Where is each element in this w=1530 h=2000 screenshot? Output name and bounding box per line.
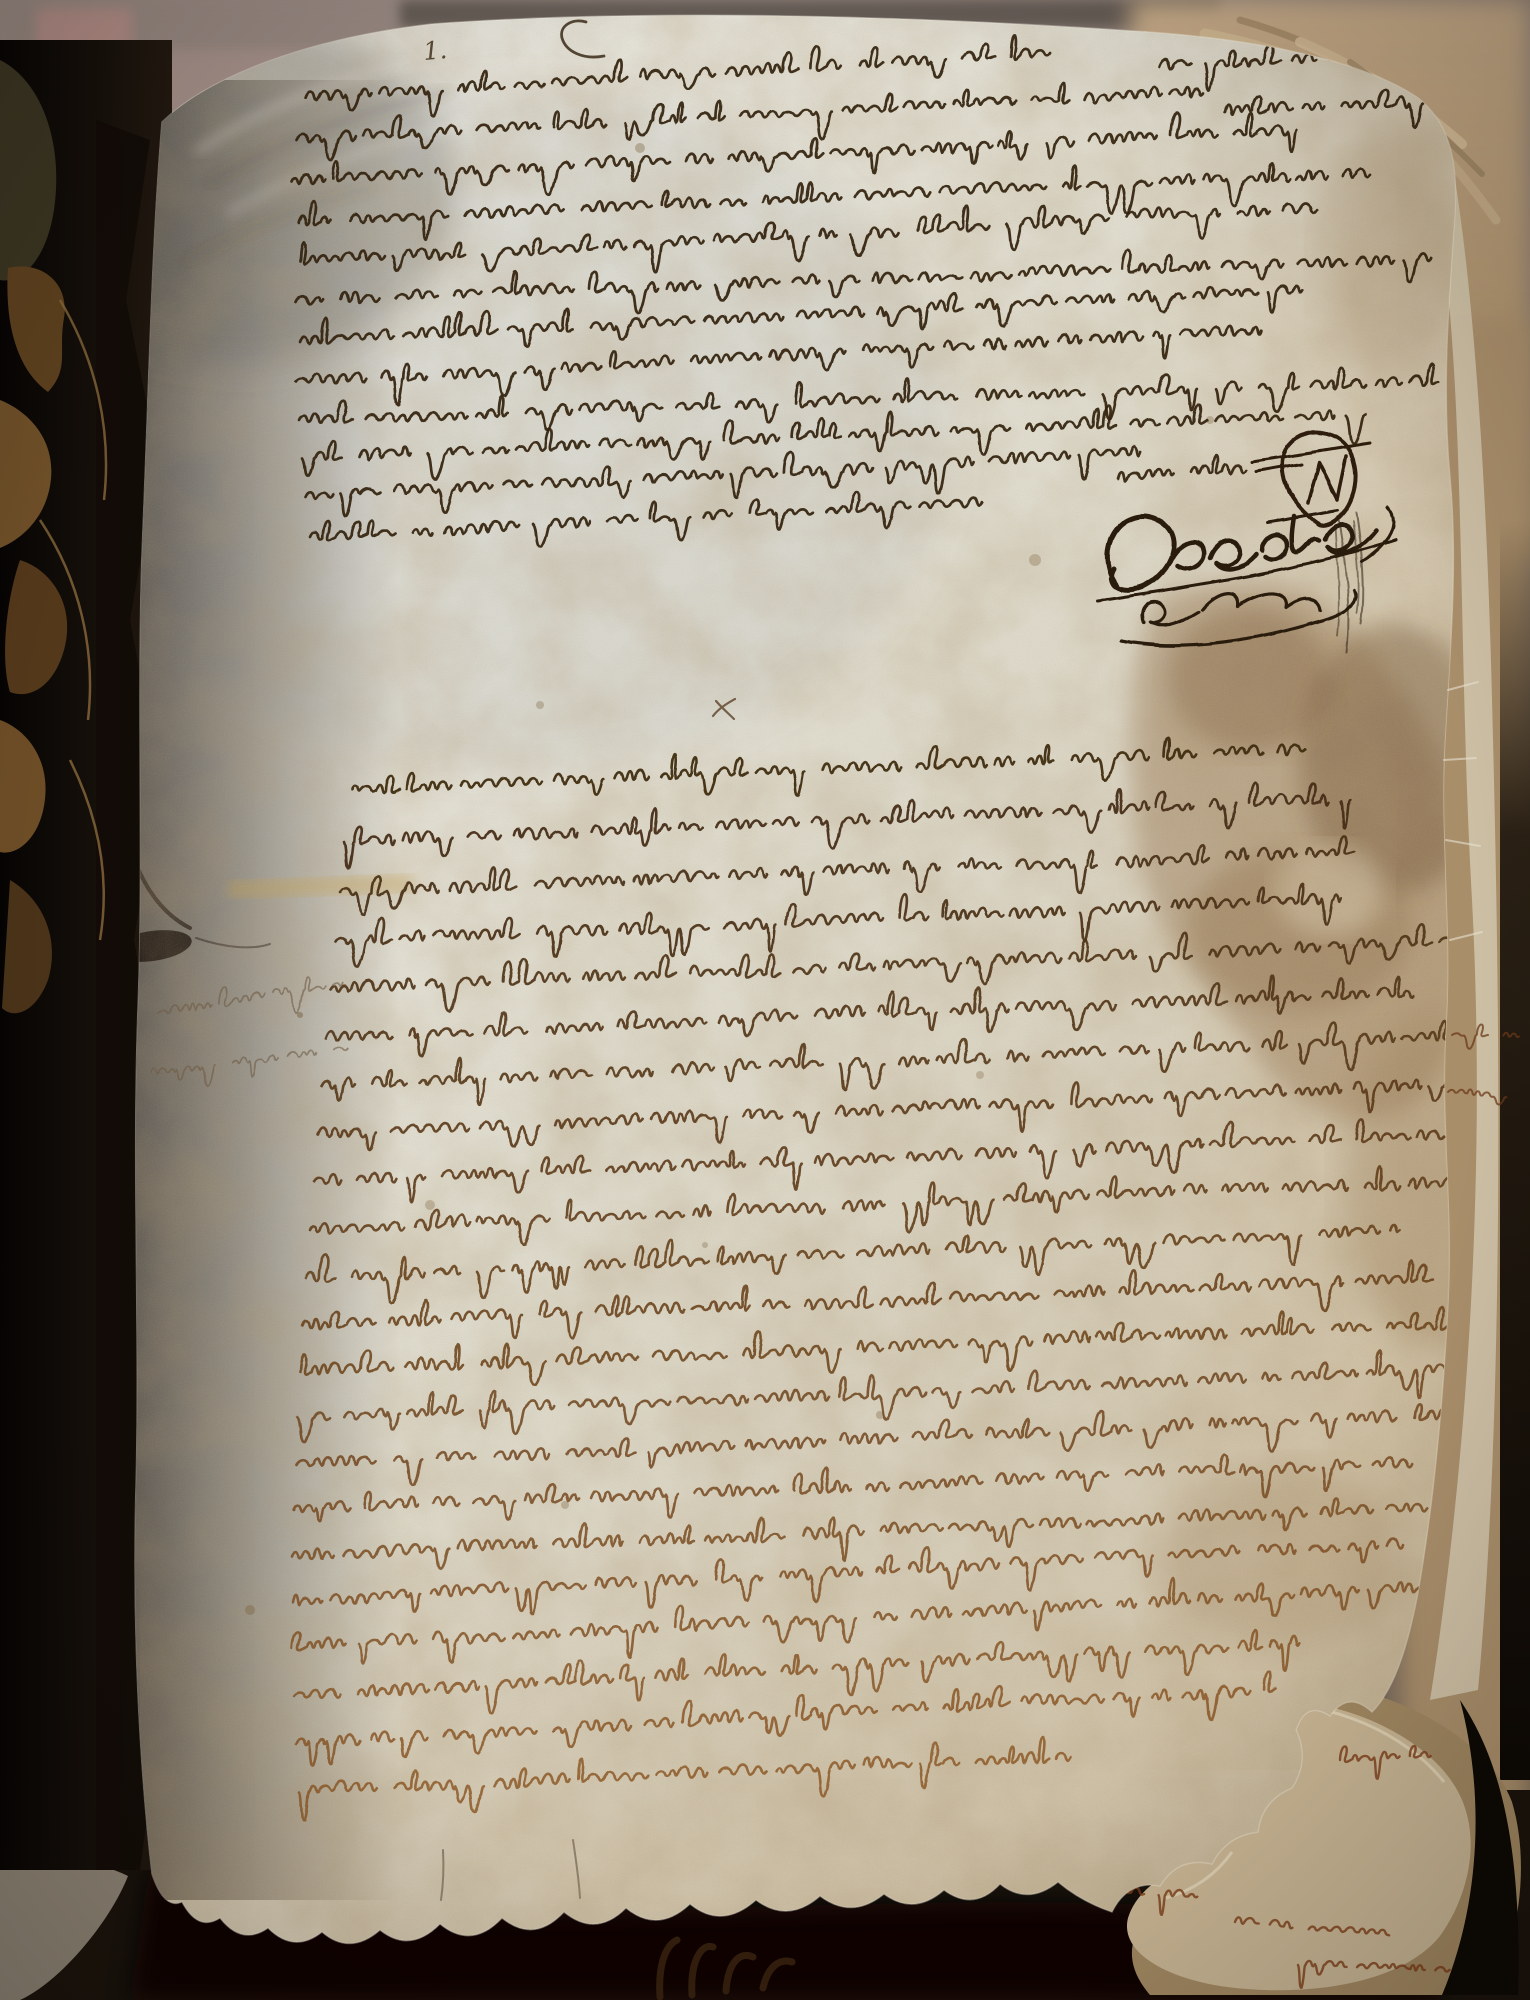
- manuscript-photo: Photograph of a bound early-modern manus…: [0, 0, 1530, 2000]
- vignette: [0, 0, 1530, 2000]
- manuscript-scene: Photograph of a bound early-modern manus…: [0, 0, 1530, 2000]
